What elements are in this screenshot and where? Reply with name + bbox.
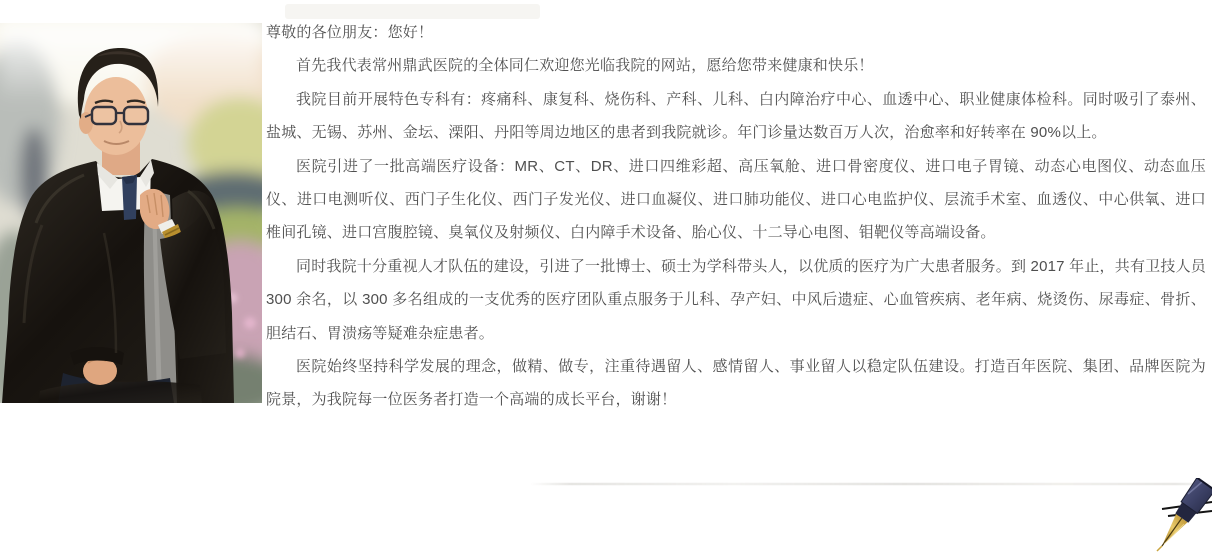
director-portrait-photo: [0, 23, 262, 403]
letter-paragraph-departments: 我院目前开展特色专科有：疼痛科、康复科、烧伤科、产科、儿科、白内障治疗中心、血透…: [266, 83, 1206, 150]
letter-paragraph-talent: 同时我院十分重视人才队伍的建设，引进了一批博士、硕士为学科带头人，以优质的医疗为…: [266, 250, 1206, 350]
portrait-photo-art: [0, 23, 262, 403]
page: { "page": { "background": "#ffffff" }, "…: [0, 0, 1212, 553]
letter-salutation: 尊敬的各位朋友：您好！: [266, 16, 1206, 49]
letter-paragraph-welcome: 首先我代表常州鼎武医院的全体同仁欢迎您光临我院的网站，愿给您带来健康和快乐！: [266, 49, 1206, 82]
welcome-letter: 尊敬的各位朋友：您好！ 首先我代表常州鼎武医院的全体同仁欢迎您光临我院的网站，愿…: [266, 16, 1206, 417]
letter-paragraph-vision: 医院始终坚持科学发展的理念，做精、做专，注重待遇留人、感情留人、事业留人以稳定队…: [266, 350, 1206, 417]
faint-horizontal-line: [530, 483, 1210, 485]
fountain-pen-icon: [1150, 478, 1212, 552]
letter-paragraph-equipment: 医院引进了一批高端医疗设备：MR、CT、DR、进口四维彩超、高压氧舱、进口骨密度…: [266, 150, 1206, 250]
